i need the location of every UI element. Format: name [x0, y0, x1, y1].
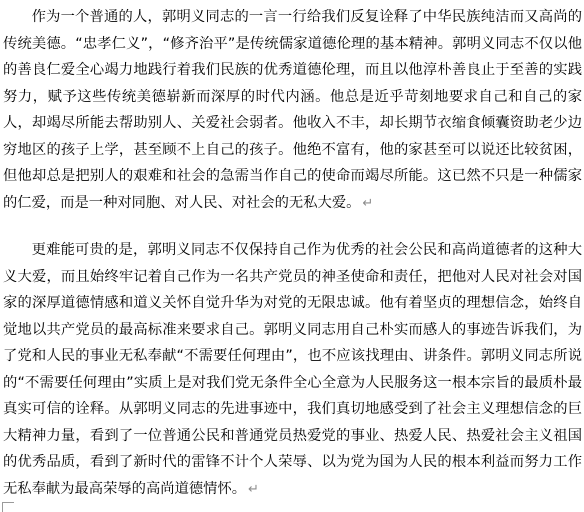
paragraph-text: 作为一个普通的人，郭明义同志的一言一行给我们反复诠释了中华民族纯洁而又高尚的传统…	[3, 9, 582, 211]
paragraph-mark-icon: ↵	[248, 482, 259, 497]
paragraph: 更难能可贵的是，郭明义同志不仅保持自己作为优秀的社会公民和高尚道德者的这种大义大…	[3, 237, 582, 503]
document-page[interactable]: 作为一个普通的人，郭明义同志的一言一行给我们反复诠释了中华民族纯洁而又高尚的传统…	[0, 0, 584, 512]
paragraph: 作为一个普通的人，郭明义同志的一言一行给我们反复诠释了中华民族纯洁而又高尚的传统…	[3, 4, 582, 217]
paragraph-text: 更难能可贵的是，郭明义同志不仅保持自己作为优秀的社会公民和高尚道德者的这种大义大…	[3, 242, 582, 497]
text-boundary-corner-mark	[2, 502, 14, 512]
paragraph-mark-icon: ↵	[362, 196, 373, 211]
